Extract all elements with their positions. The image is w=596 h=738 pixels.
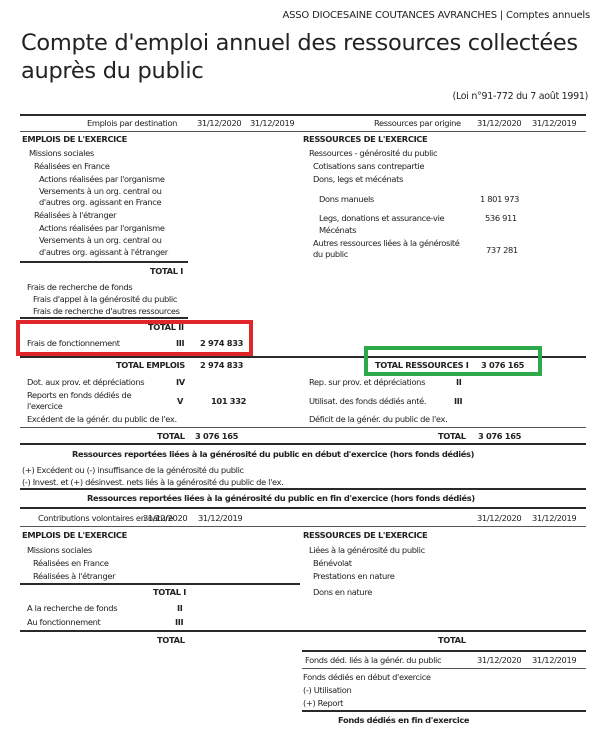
- row-label: Autres ressources liées à la générosité: [313, 238, 460, 248]
- row-label: Actions réalisées par l'organisme: [39, 223, 165, 233]
- autres-value: 737 281: [486, 245, 518, 255]
- rule: [302, 710, 586, 712]
- col-2020: 31/12/2020: [477, 118, 521, 128]
- page-title-line1: Compte d'emploi annuel des ressources co…: [21, 30, 578, 57]
- row-label: Dons manuels: [319, 194, 374, 204]
- row-label: Frais de recherche de fonds: [27, 282, 132, 292]
- roman-5: V: [177, 396, 183, 406]
- rule: [20, 443, 586, 445]
- carried-end-title: Ressources reportées liées à la générosi…: [87, 493, 475, 503]
- row-label: l'exercice: [27, 401, 63, 411]
- rule: [20, 488, 586, 490]
- row-label: Utilisat. des fonds dédiés anté.: [309, 396, 426, 406]
- rule: [20, 526, 586, 527]
- ressources-section: RESSOURCES DE L'EXERCICE: [303, 530, 427, 540]
- law-reference: (Loi n°91-772 du 7 août 1991): [453, 91, 588, 102]
- row-label: Réalisées en France: [34, 161, 110, 171]
- roman-3: III: [454, 396, 462, 406]
- row-label: d'autres org. agissant à l'étranger: [39, 247, 168, 257]
- col-2019: 31/12/2019: [532, 655, 576, 665]
- ressources-header: Ressources par origine: [374, 118, 461, 128]
- row-label: Frais d'appel à la générosité du public: [33, 294, 177, 304]
- rule: [20, 261, 188, 263]
- rule: [20, 427, 586, 428]
- rule: [20, 131, 586, 132]
- fonds-dedies-header: Fonds déd. liés à la génér. du public: [305, 655, 441, 665]
- row-label: Prestations en nature: [313, 571, 395, 581]
- rule: [20, 317, 188, 319]
- total-emplois-value: 2 974 833: [200, 360, 243, 370]
- emplois-header: Emplois par destination: [87, 118, 177, 128]
- col-2019: 31/12/2019: [250, 118, 294, 128]
- row-label: Dons, legs et mécénats: [313, 174, 403, 184]
- rule: [302, 650, 586, 652]
- col-2019: 31/12/2019: [532, 513, 576, 523]
- dons-manuels-value: 1 801 973: [480, 194, 519, 204]
- row-label: Versements à un org. central ou: [39, 186, 162, 196]
- row-label: Frais de recherche d'autres ressources: [33, 306, 180, 316]
- rule: [302, 668, 586, 669]
- rule: [20, 583, 300, 585]
- rule: [20, 507, 586, 509]
- emplois-section: EMPLOIS DE L'EXERCICE: [22, 530, 127, 540]
- row-label: d'autres org. agissant en France: [39, 197, 161, 207]
- roman-2: II: [177, 603, 182, 613]
- rule: [20, 630, 586, 632]
- total-emplois: TOTAL EMPLOIS: [116, 360, 185, 370]
- row-label: Actions réalisées par l'organisme: [39, 174, 165, 184]
- row-label: Bénévolat: [313, 558, 352, 568]
- legs-value: 536 911: [485, 213, 517, 223]
- row-label: A la recherche de fonds: [27, 603, 117, 613]
- org-header: ASSO DIOCESAINE COUTANCES AVRANCHES | Co…: [283, 10, 591, 21]
- emplois-section: EMPLOIS DE L'EXERCICE: [22, 134, 127, 144]
- page-title-line2: auprès du public: [21, 58, 203, 85]
- total-label: TOTAL: [438, 431, 466, 441]
- row-label: Au fonctionnement: [27, 617, 100, 627]
- col-2020: 31/12/2020: [477, 513, 521, 523]
- col-2020: 31/12/2020: [143, 513, 187, 523]
- rule: [20, 114, 586, 116]
- row-label: Rep. sur prov. et dépréciations: [309, 377, 425, 387]
- row-label: Dons en nature: [313, 587, 372, 597]
- row-label: (-) Utilisation: [303, 685, 351, 695]
- row-label: du public: [313, 249, 348, 259]
- col-2019: 31/12/2019: [532, 118, 576, 128]
- row-label: Ressources - générosité du public: [309, 148, 437, 158]
- carried-line2: (-) Invest. et (+) désinvest. nets liés …: [22, 477, 283, 487]
- roman-3: III: [175, 617, 183, 627]
- row-label: Fonds dédiés en début d'exercice: [303, 672, 431, 682]
- col-2020: 31/12/2020: [197, 118, 241, 128]
- row-label: Mécénats: [319, 225, 356, 235]
- row-label: Cotisations sans contrepartie: [313, 161, 424, 171]
- carried-start-title: Ressources reportées liées à la générosi…: [72, 449, 474, 459]
- total-1: TOTAL I: [153, 587, 186, 597]
- row-label: Missions sociales: [29, 148, 94, 158]
- fonds-dedies-footer: Fonds dédiés en fin d'exercice: [338, 715, 469, 725]
- carried-line1: (+) Excédent ou (-) insuffisance de la g…: [22, 465, 244, 475]
- row-label: Réalisées à l'étranger: [33, 571, 115, 581]
- roman-4: IV: [176, 377, 185, 387]
- row-label: Déficit de la génér. du public de l'ex.: [309, 414, 447, 424]
- total-value: 3 076 165: [195, 431, 238, 441]
- highlight-total-ressources: [364, 346, 542, 376]
- dedicated-value: 101 332: [211, 396, 246, 406]
- row-label: (+) Report: [303, 698, 343, 708]
- ressources-section: RESSOURCES DE L'EXERCICE: [303, 134, 427, 144]
- row-label: Missions sociales: [27, 545, 92, 555]
- row-label: Versements à un org. central ou: [39, 235, 162, 245]
- row-label: Excédent de la génér. du public de l'ex.: [27, 414, 177, 424]
- row-label: Liées à la générosité du public: [309, 545, 425, 555]
- total-label: TOTAL: [438, 635, 466, 645]
- row-label: Legs, donations et assurance-vie: [319, 213, 444, 223]
- row-label: Réalisées à l'étranger: [34, 210, 116, 220]
- row-label: Réalisées en France: [33, 558, 109, 568]
- roman-2: II: [456, 377, 461, 387]
- row-label: Dot. aux prov. et dépréciations: [27, 377, 144, 387]
- col-2019: 31/12/2019: [198, 513, 242, 523]
- row-label: Reports en fonds dédiés de: [27, 390, 131, 400]
- col-2020: 31/12/2020: [477, 655, 521, 665]
- highlight-frais-fonctionnement: [16, 320, 253, 356]
- total-1: TOTAL I: [150, 266, 183, 276]
- total-label: TOTAL: [157, 635, 185, 645]
- total-label: TOTAL: [157, 431, 185, 441]
- total-value: 3 076 165: [478, 431, 521, 441]
